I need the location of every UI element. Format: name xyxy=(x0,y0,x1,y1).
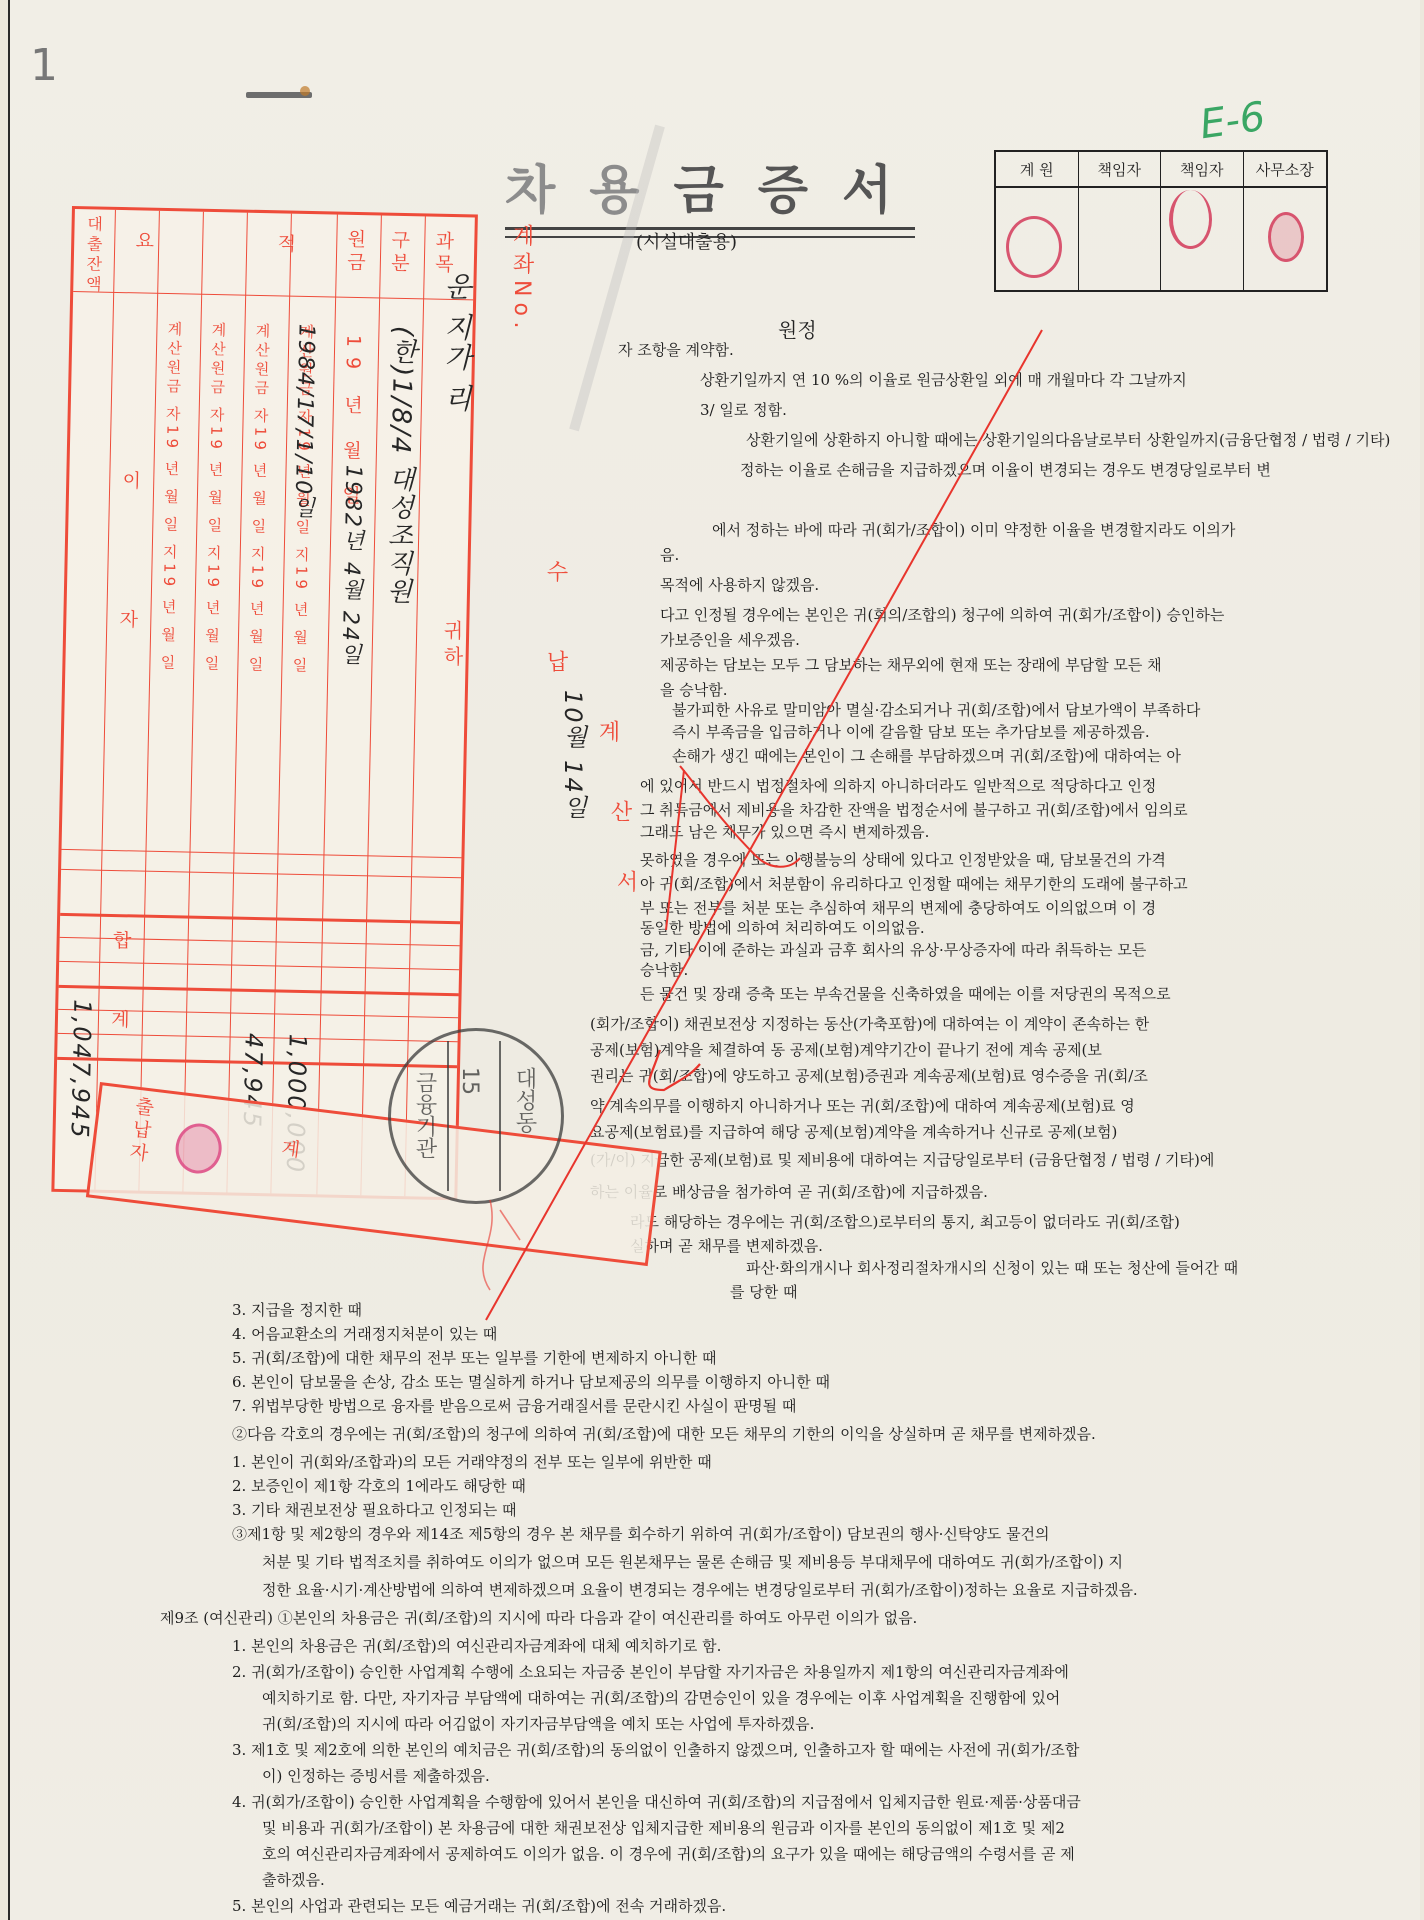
contract-line: 을 승낙함. xyxy=(660,680,728,700)
postmark-text: 대성동 xyxy=(509,1067,540,1133)
contract-line: 6. 본인이 담보물을 손상, 감소 또는 멸실하게 하거나 담보제공의 의무를… xyxy=(232,1372,830,1392)
contract-line: 파산·화의개시나 회사정리절차개시의 신청이 있는 때 또는 청산에 들어간 때 xyxy=(746,1258,1238,1278)
contract-line: 제9조 (여신관리) ①본인의 차용금은 귀(회/조합)의 지시에 따라 다음과… xyxy=(160,1608,917,1628)
slip-label-summary: 적 xyxy=(272,233,299,257)
contract-line: 에서 정하는 바에 따라 귀(회가/조합이) 이미 약정한 이율을 변경할지라도… xyxy=(712,520,1235,540)
slip-label-balance: 대출잔액 xyxy=(81,215,106,295)
contract-line: 3. 지급을 정지한 때 xyxy=(232,1300,362,1320)
contract-line: 권리는 귀(회/조합)에 양도하고 공제(보험)증권과 계속공제(보험)료 영수… xyxy=(590,1066,1148,1086)
contract-line: 에 있어서 반드시 법정절차에 의하지 아니하더라도 일반적으로 적당하다고 인… xyxy=(640,776,1156,796)
contract-line: 예치하기로 함. 다만, 자기자금 부담액에 대하여는 귀(회/조합)의 감면승… xyxy=(262,1688,1060,1708)
slip-label-category: 구분 xyxy=(386,230,414,277)
contract-line: 호의 여신관리자금계좌에서 공제하여도 이의가 없음. 이 경우에 귀(회/조합… xyxy=(262,1844,1075,1864)
slip-title-char: 서 xyxy=(610,870,641,898)
slip-divider xyxy=(138,211,160,1191)
handwritten-principal-date: 1982년 4월 24일 xyxy=(333,465,368,668)
handwritten-total-amount: 1,047,945 xyxy=(65,999,96,1140)
slip-interest-row: 계산원금 자19 년 월 일 지19 년 월 일 xyxy=(201,322,229,675)
contract-line: 든 물건 및 장래 증축 또는 부속건물을 신축하였을 때에는 이를 저당권의 … xyxy=(640,984,1171,1004)
contract-line: 정하는 이율로 손해금을 지급하겠으며 이율이 변경되는 경우도 변경당일로부터… xyxy=(740,460,1271,480)
contract-line: 제공하는 담보는 모두 그 담보하는 채무외에 현재 또는 장래에 부담할 모든… xyxy=(660,655,1162,675)
contract-line: 및 비용과 귀(회가/조합이) 본 차용금에 대한 채권보전상 입체지급한 제비… xyxy=(262,1818,1065,1838)
contract-line: 4. 어음교환소의 거래정지처분이 있는 때 xyxy=(232,1324,497,1344)
contract-line: 음. xyxy=(660,545,679,565)
contract-line: (회가/조합이) 채권보전상 지정하는 동산(가축포함)에 대하여는 이 계약이… xyxy=(590,1014,1149,1034)
handwritten-interest-date: 1984/17/1/10일 xyxy=(286,324,321,521)
recipient-label: 귀하 xyxy=(438,620,467,672)
handwritten-name: (한)1/8/4 대성조직원 xyxy=(379,326,422,606)
contract-line: 귀(회/조합)의 지시에 따라 어김없이 자기자금부담액을 예치 또는 사업에 … xyxy=(262,1714,814,1734)
contract-line: 5. 본인의 사업과 관련되는 모든 예금거래는 귀(회/조합)에 전속 거래하… xyxy=(232,1896,726,1916)
contract-line: 라도 해당하는 경우에는 귀(회/조합으)로부터의 통지, 최고등이 없더라도 … xyxy=(630,1212,1180,1232)
contract-line: 즉시 부족금을 입금하거나 이에 갈음할 담보 또는 추가담보를 제공하겠음. xyxy=(672,722,1150,742)
contract-line: 자 조항을 계약함. xyxy=(618,340,734,360)
contract-line: 불가피한 사유로 말미암아 멸실·감소되거나 귀(회/조합)에서 담보가액이 부… xyxy=(672,700,1200,720)
slip-interest-row: 계산원금 자19 년 월 일 지19 년 월 일 xyxy=(157,321,185,674)
slip-title-char: 계 xyxy=(592,720,623,748)
contract-line: 1. 본인이 귀(회와/조합과)의 모든 거래약정의 전부 또는 일부에 위반한… xyxy=(232,1452,712,1472)
slip-row-line xyxy=(73,291,473,300)
contract-line: 를 당한 때 xyxy=(730,1282,798,1302)
contract-line: 3. 제1호 및 제2호에 의한 본인의 예치금은 귀(회/조합)의 동의없이 … xyxy=(232,1740,1079,1760)
contract-line: ③제1항 및 제2항의 경우와 제14조 제5항의 경우 본 채무를 회수하기 … xyxy=(232,1524,1050,1544)
contract-line: 실하며 곧 채무를 변제하겠음. xyxy=(630,1236,823,1256)
contract-line: 아 귀(회/조합)에서 처분함이 유리하다고 인정할 때에는 채무기한의 도래에… xyxy=(640,874,1188,894)
slip-label-clerk: 계 xyxy=(275,1137,305,1163)
contract-line: 약 계속의무를 이행하지 아니하거나 또는 귀(회/조합)에 대하여 계속공제(… xyxy=(590,1096,1135,1116)
contract-line: 2. 귀(회가/조합이) 승인한 사업계획 수행에 소요되는 자금중 본인이 부… xyxy=(232,1662,1069,1682)
contract-line: 정한 요율·시기·계산방법에 의하여 변제하겠으며 요율이 변경되는 경우에는 … xyxy=(262,1580,1138,1600)
slip-row-line xyxy=(60,913,460,924)
handwritten-account-no: 운 지가 리 xyxy=(436,272,476,414)
contract-line: 2. 보증인이 제1항 각호의 1에라도 해당한 때 xyxy=(232,1476,526,1496)
postmark-divider xyxy=(499,1041,501,1191)
contract-line: 4. 귀(회가/조합이) 승인한 사업계획을 수행함에 있어서 본인을 대신하여… xyxy=(232,1792,1081,1812)
contract-line: 출하겠음. xyxy=(262,1870,325,1890)
contract-line: 승낙함. xyxy=(640,960,688,980)
slip-divider xyxy=(182,212,204,1192)
slip-row-line xyxy=(62,849,462,858)
slip-row-line xyxy=(61,869,461,878)
contract-line: 못하였을 경우에 또는 이행불능의 상태에 있다고 인정받았을 때, 담보물건의… xyxy=(640,850,1166,870)
slip-label-principal: 원금 xyxy=(342,229,370,276)
slip-total-label: 합계 xyxy=(105,930,135,1089)
contract-line: (가/이) 지급한 공제(보험)료 및 제비용에 대하여는 지급당일로부터 (금… xyxy=(590,1150,1214,1170)
contract-line: ②다음 각호의 경우에는 귀(회/조합)의 청구에 의하여 귀(회/조합)에 대… xyxy=(232,1424,1096,1444)
contract-line: 상환기일에 상환하지 아니할 때에는 상환기일의다음날로부터 상환일까지(금융단… xyxy=(746,430,1390,450)
contract-line: 요공제(보험료)를 지급하여 해당 공제(보험)계약을 계속하거나 신규로 공제… xyxy=(590,1122,1117,1142)
contract-line: 부 또는 전부를 처분 또는 추심하여 채무의 변제에 충당하여도 이의없으며 … xyxy=(640,898,1156,918)
slip-title-char: 수 xyxy=(540,560,571,588)
contract-line: 5. 귀(회/조합)에 대한 채무의 전부 또는 일부를 기한에 변제하지 아니… xyxy=(232,1348,716,1368)
contract-line: 공제(보험)계약을 체결하여 동 공제(보험)계약기간이 끝나기 전에 계속 공… xyxy=(590,1040,1102,1060)
contract-line: 3. 기타 채권보전상 필요하다고 인정되는 때 xyxy=(232,1500,516,1520)
contract-line: 동일한 방법에 의하여 처리하여도 이의없음. xyxy=(640,918,925,938)
contract-line: 1. 본인의 차용금은 귀(회/조합)의 여신관리자금계좌에 대체 예치하기로 … xyxy=(232,1636,721,1656)
slip-label-subject: 과목 xyxy=(430,231,458,278)
postmark-text: 금융기관 xyxy=(409,1071,440,1159)
slip-interest-label: 이자 xyxy=(112,470,145,749)
slip-label-cashier: 출납자 xyxy=(123,1095,158,1167)
contract-line: 처분 및 기타 법적조치를 취하여도 이의가 없으며 모든 원본채무는 물론 손… xyxy=(262,1552,1123,1572)
postmark-text: 15 xyxy=(457,1067,482,1095)
contract-line: 그 취득금에서 제비용을 차감한 잔액을 법정순서에 불구하고 귀(회/조합)에… xyxy=(640,800,1188,820)
slip-title-char: 산 xyxy=(604,800,635,828)
contract-line: 목적에 사용하지 않겠음. xyxy=(660,575,819,595)
handwritten-receipt-date: 10월 14일 xyxy=(556,690,591,821)
slip-title-char: 납 xyxy=(540,650,571,678)
cashier-seal-icon xyxy=(173,1121,225,1176)
contract-line: 다고 인정될 경우에는 본인은 귀(회의/조합의) 청구에 의하여 귀(회가/조… xyxy=(660,605,1224,625)
postmark-divider xyxy=(447,1041,449,1191)
contract-line: 그래도 남은 채무가 있으면 즉시 변제하겠음. xyxy=(640,822,929,842)
contract-line: 금, 기타 이에 준하는 과실과 금후 회사의 유상·무상증자에 따라 취득하는… xyxy=(640,940,1146,960)
contract-line: 손해가 생긴 때에는 본인이 그 손해를 부담하겠으며 귀(회/조합)에 대하여… xyxy=(672,746,1181,766)
contract-line: 7. 위법부당한 방법으로 융자를 받음으로써 금융거래질서를 문란시킨 사실이… xyxy=(232,1396,796,1416)
receipt-slip: 과목 구분 원금 적 요 대출잔액 19 년 월 일 계산원금 자19 년 월 … xyxy=(51,206,478,1200)
contract-line: 가보증인을 세우겠음. xyxy=(660,630,800,650)
slip-interest-row: 계산원금 자19 년 월 일 지19 년 월 일 xyxy=(245,323,273,676)
slip-label-note: 요 xyxy=(130,230,157,254)
account-number-label: 계좌No. xyxy=(506,224,537,335)
contract-line: 상환기일까지 연 10 %의 이율로 원금상환일 외에 매 개월마다 각 그날까… xyxy=(700,370,1187,390)
contract-line: 3/ 일로 정함. xyxy=(700,400,787,420)
contract-line: 이) 인정하는 증빙서를 제출하겠음. xyxy=(262,1766,490,1786)
postmark-stamp: 금융기관 15 대성동 xyxy=(388,1028,564,1204)
